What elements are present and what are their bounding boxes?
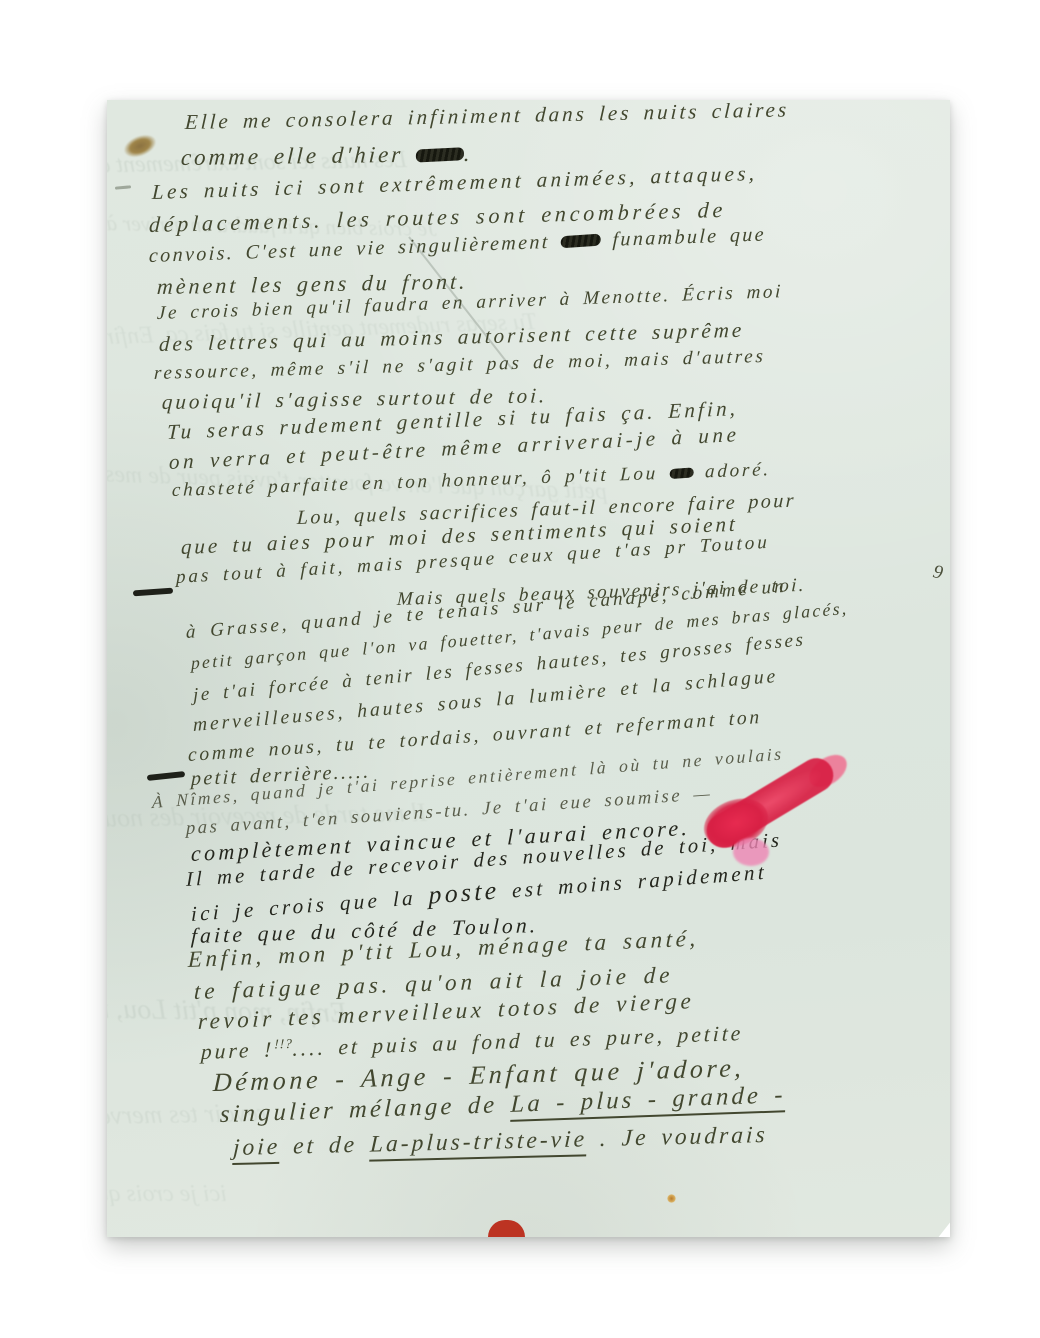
line-segment: comme elle d'hier — [180, 142, 416, 170]
line-segment: et de — [280, 1132, 371, 1160]
scratched-out-word — [561, 234, 601, 249]
line-segment: . Je voudrais — [587, 1122, 769, 1152]
line-segment: . — [463, 141, 473, 166]
scan-background: Les nuits ici sont extrêmement animées, … — [0, 0, 1040, 1338]
manuscript-line-1: Elle me consolera infiniment dans les nu… — [184, 100, 789, 133]
line-segment: pure ! — [201, 1037, 275, 1064]
pink-lipstick-smudge — [733, 838, 769, 866]
scratched-out-word — [670, 467, 694, 479]
bleed-through-line: ici je crois que la poste est moins rapi… — [107, 1182, 227, 1206]
lipstick-kiss-bottom-edge — [488, 1220, 525, 1237]
manuscript-line-36: joie et de La-plus-triste-vie . Je voudr… — [232, 1124, 768, 1161]
manuscript-line-2: comme elle d'hier . — [180, 142, 473, 169]
line-segment: La-plus-triste-vie — [369, 1126, 587, 1161]
line-segment: !!? — [274, 1036, 293, 1052]
rust-spot — [667, 1194, 676, 1203]
scratched-out-word — [416, 147, 464, 162]
letter-page: Les nuits ici sont extrêmement animées, … — [107, 100, 950, 1237]
torn-corner-notch — [937, 1220, 950, 1237]
line-segment: Elle me consolera infiniment dans les nu… — [184, 100, 789, 134]
margin-dash-3 — [147, 771, 185, 781]
line-segment: singulier mélange de — [220, 1091, 512, 1128]
margin-dash-1 — [115, 185, 131, 189]
line-segment: adoré. — [693, 459, 771, 483]
margin-dash-2 — [133, 588, 173, 597]
marginal-flourish: 9 — [931, 561, 945, 584]
line-segment: joie — [232, 1134, 281, 1165]
line-segment: funambule que — [601, 223, 767, 251]
line-segment: poste — [429, 875, 500, 909]
